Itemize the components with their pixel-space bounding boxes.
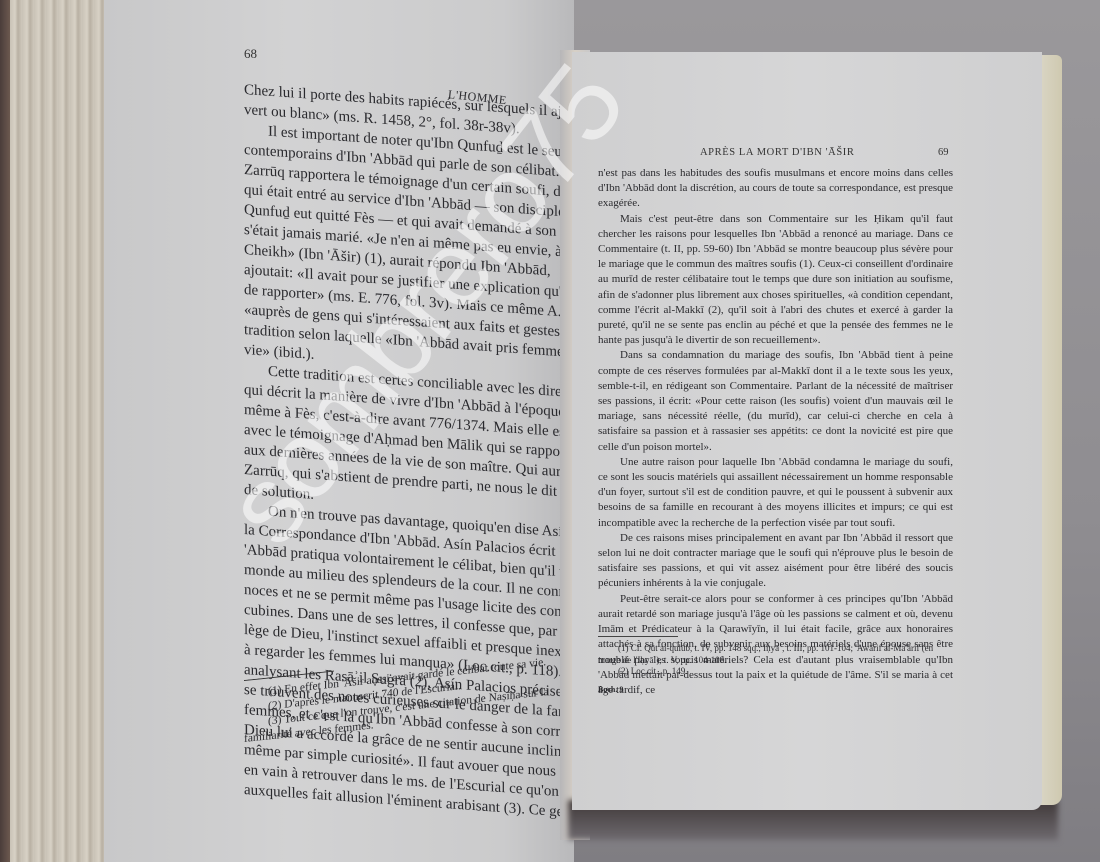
footnote: (1) Cf. Qūt al-qulūb, t. IV, pp. 148 sqq… bbox=[598, 643, 953, 666]
paragraph: Dans sa condamnation du mariage des souf… bbox=[598, 348, 953, 454]
signature-mark: Boch. 9 bbox=[598, 684, 953, 696]
right-page-body: n'est pas dans les habitudes des soufis … bbox=[598, 166, 953, 698]
right-running-head: APRÈS LA MORT D'IBN 'ĀŠIR bbox=[700, 147, 854, 158]
paragraph: De ces raisons mises principalement en a… bbox=[598, 531, 953, 592]
right-page-number: 69 bbox=[938, 147, 949, 158]
footnote: (2) Loc.cit., p. 149. bbox=[598, 666, 953, 678]
page-stack-edge bbox=[10, 0, 110, 862]
paragraph: Une autre raison pour laquelle Ibn 'Abbā… bbox=[598, 455, 953, 531]
paragraph: Mais c'est peut-être dans son Commentair… bbox=[598, 212, 953, 349]
left-page-number: 68 bbox=[244, 44, 257, 64]
photo-background: 68 L'HOMME Chez lui il porte des habits … bbox=[0, 0, 1100, 862]
footnote-rule bbox=[598, 636, 678, 637]
paragraph: n'est pas dans les habitudes des soufis … bbox=[598, 166, 953, 212]
right-page-footnotes: (1) Cf. Qūt al-qulūb, t. IV, pp. 148 sqq… bbox=[598, 636, 953, 695]
right-page-stack-edge bbox=[1040, 55, 1062, 805]
